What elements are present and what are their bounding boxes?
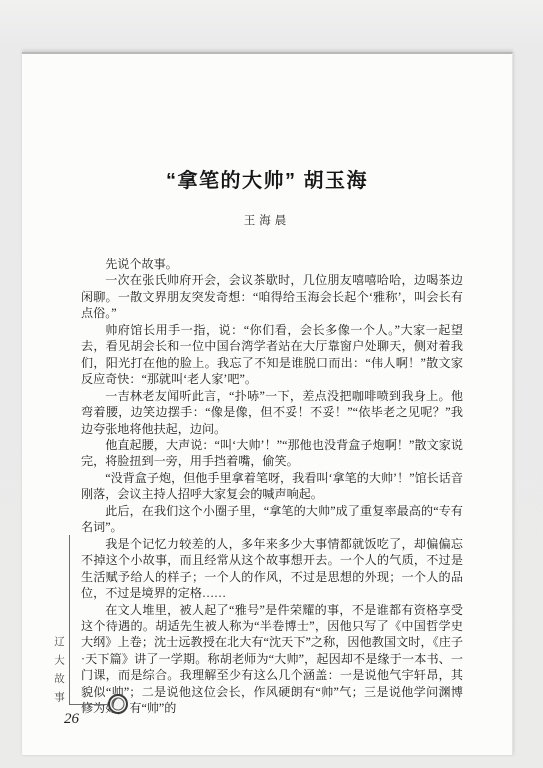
margin-rule-vertical — [69, 535, 70, 704]
paragraph: 一吉林老友闻听此言，“扑哧”一下，差点没把咖啡喷到我身上。他弯着腰，边笑边摆手：… — [81, 388, 463, 437]
paragraph: 一次在张氏帅府开会，会议茶歇时，几位朋友嘻嘻哈哈，边喝茶边闲聊。一散文界朋友突发… — [81, 272, 463, 321]
paragraph: 他直起腰，大声说：“叫‘大帅’！”“那他也没背盒子炮啊！”散文家说完，将脸扭到一… — [81, 437, 463, 470]
paragraph: “没背盒子炮，但他手里拿着笔呀，我看叫‘拿笔的大帅’！”馆长话音刚落，会议主持人… — [81, 470, 463, 503]
paragraph: 在文人堆里，被人起了“雅号”是件荣耀的事，不是谁都有资格享受这个待遇的。胡适先生… — [81, 602, 463, 717]
clock-emblem-icon — [107, 693, 129, 715]
author-name: 王海晨 — [22, 212, 512, 228]
page-title: “拿笔的大帅” 胡玉海 — [22, 164, 512, 193]
paragraph: 帅府馆长用手一指，说：“你们看，会长多像一个人。”大家一起望去，看见胡会长和一位… — [81, 322, 463, 388]
page-number: 26 — [64, 711, 79, 728]
paragraph: 先说个故事。 — [81, 256, 463, 272]
margin-rule-horizontal — [69, 704, 109, 705]
paragraph: 我是个记忆力较差的人，多年来多少大事情都就饭吃了，却偏偏忘不掉这个小故事，而且经… — [81, 536, 463, 602]
book-page: “拿笔的大帅” 胡玉海 王海晨 先说个故事。 一次在张氏帅府开会，会议茶歇时，几… — [22, 52, 513, 756]
article-body: 先说个故事。 一次在张氏帅府开会，会议茶歇时，几位朋友嘻嘻哈哈，边喝茶边闲聊。一… — [81, 256, 463, 717]
paragraph: 此后，在我们这个小圈子里，“拿笔的大帅”成了重复率最高的“专有名词”。 — [81, 503, 463, 536]
series-sidebar-label: 辽大故事 — [51, 636, 66, 710]
